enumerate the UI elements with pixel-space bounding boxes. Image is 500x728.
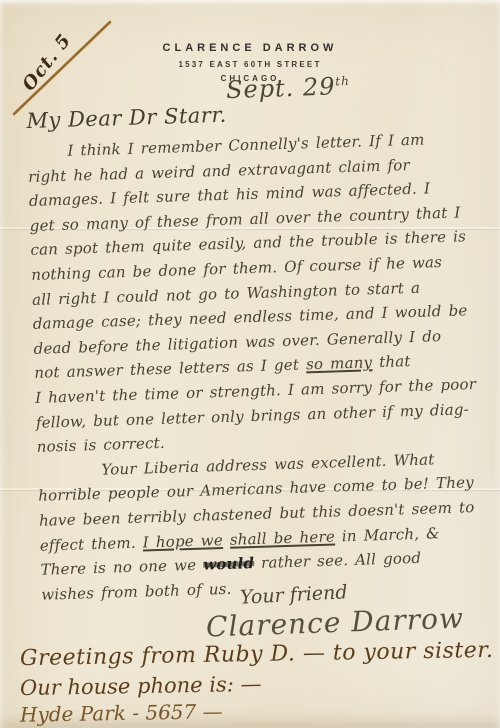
underlined-text: so many — [306, 354, 373, 374]
letter-body: My Dear Dr Starr. I think I remember Con… — [26, 92, 500, 607]
postscript-greeting: Greetings from Ruby D. — to your sister. — [20, 638, 494, 671]
letter-text: rather see. All good — [254, 549, 422, 572]
postscript-phone-number: Hyde Park - 5657 — — [20, 699, 223, 727]
overwritten-text: would — [203, 554, 255, 574]
letter-page: Oct. 5 CLARENCE DARROW 1537 EAST 60TH ST… — [0, 0, 500, 728]
letter-date-suffix: th — [335, 74, 350, 88]
underlined-text: shall be here — [230, 527, 336, 548]
letter-text: There is no one we — [40, 556, 203, 579]
closing: Your friend — [239, 581, 348, 609]
body-lines: I think I remember Connelly's letter. If… — [27, 126, 499, 607]
letterhead-name: CLARENCE DARROW — [0, 42, 500, 54]
postscript-phone-intro: Our house phone is: — — [20, 672, 262, 700]
letter-text: wishes from both of us. — [41, 579, 232, 603]
letter-text: in March, & — [335, 524, 440, 545]
letter-text: that — [372, 352, 411, 371]
letter-text: nosis is correct. — [36, 434, 165, 456]
letterhead-address: 1537 EAST 60TH STREET — [0, 60, 500, 69]
letter-text: effect them. — [40, 533, 143, 554]
underlined-text: I hope we — [142, 531, 223, 552]
